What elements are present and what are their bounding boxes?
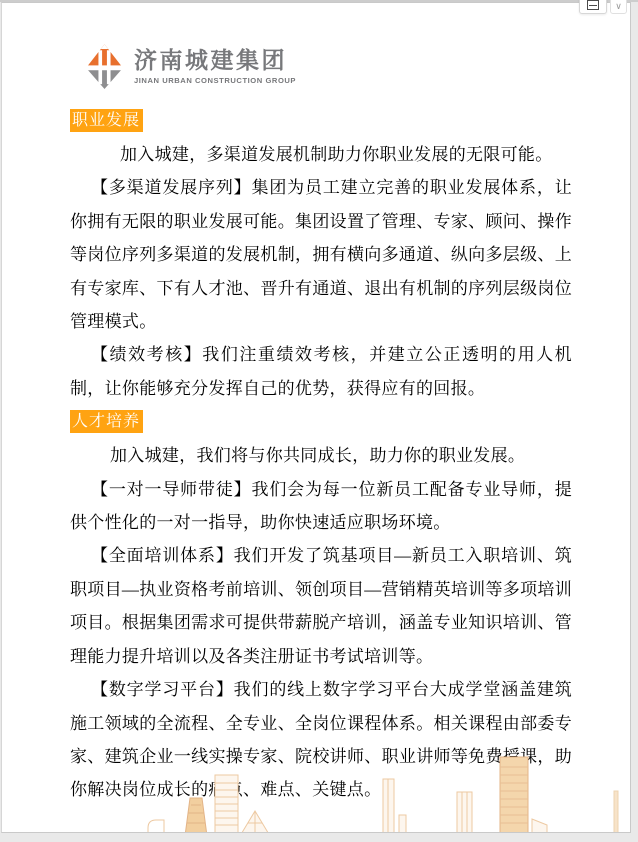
viewer-top-edge xyxy=(0,0,638,2)
document-viewport: 济南城建集团 JINAN URBAN CONSTRUCTION GROUP 职业… xyxy=(0,0,638,842)
document-content: 职业发展 加入城建，多渠道发展机制助力你职业发展的无限可能。 【多渠道发展序列】… xyxy=(70,109,572,807)
section-career-development: 加入城建，多渠道发展机制助力你职业发展的无限可能。 【多渠道发展序列】集团为员工… xyxy=(70,138,572,405)
section-heading-career-development: 职业发展 xyxy=(70,109,143,132)
frame-with-line-icon xyxy=(587,0,599,10)
paragraph: 【数字学习平台】我们的线上数字学习平台大成学堂涵盖建筑施工领域的全流程、全专业、… xyxy=(70,673,572,807)
company-logo: 济南城建集团 JINAN URBAN CONSTRUCTION GROUP xyxy=(86,43,296,89)
company-name-cn: 济南城建集团 xyxy=(134,47,296,73)
paragraph: 【全面培训体系】我们开发了筑基项目—新员工入职培训、筑职项目—执业资格考前培训、… xyxy=(70,539,572,673)
paragraph: 【多渠道发展序列】集团为员工建立完善的职业发展体系，让你拥有无限的职业发展可能。… xyxy=(70,171,572,338)
logo-mark-icon xyxy=(86,43,123,89)
paragraph: 【绩效考核】我们注重绩效考核，并建立公正透明的用人机制，让你能够充分发挥自己的优… xyxy=(70,338,572,405)
capture-options-button[interactable]: ∨ xyxy=(610,0,627,14)
paragraph: 加入城建，我们将与你共同成长，助力你的职业发展。 xyxy=(70,439,572,472)
floating-capture-control: ∨ xyxy=(579,0,627,14)
section-talent-training: 加入城建，我们将与你共同成长，助力你的职业发展。 【一对一导师带徒】我们会为每一… xyxy=(70,439,572,806)
section-heading-talent-training: 人才培养 xyxy=(70,410,143,433)
paragraph: 【一对一导师带徒】我们会为每一位新员工配备专业导师，提供个性化的一对一指导，助你… xyxy=(70,473,572,540)
paragraph: 加入城建，多渠道发展机制助力你职业发展的无限可能。 xyxy=(70,138,572,171)
document-page: 济南城建集团 JINAN URBAN CONSTRUCTION GROUP 职业… xyxy=(1,2,631,833)
logo-text: 济南城建集团 JINAN URBAN CONSTRUCTION GROUP xyxy=(134,47,296,85)
capture-button[interactable] xyxy=(579,0,607,14)
chevron-down-icon: ∨ xyxy=(615,1,622,11)
company-name-en: JINAN URBAN CONSTRUCTION GROUP xyxy=(134,76,296,85)
